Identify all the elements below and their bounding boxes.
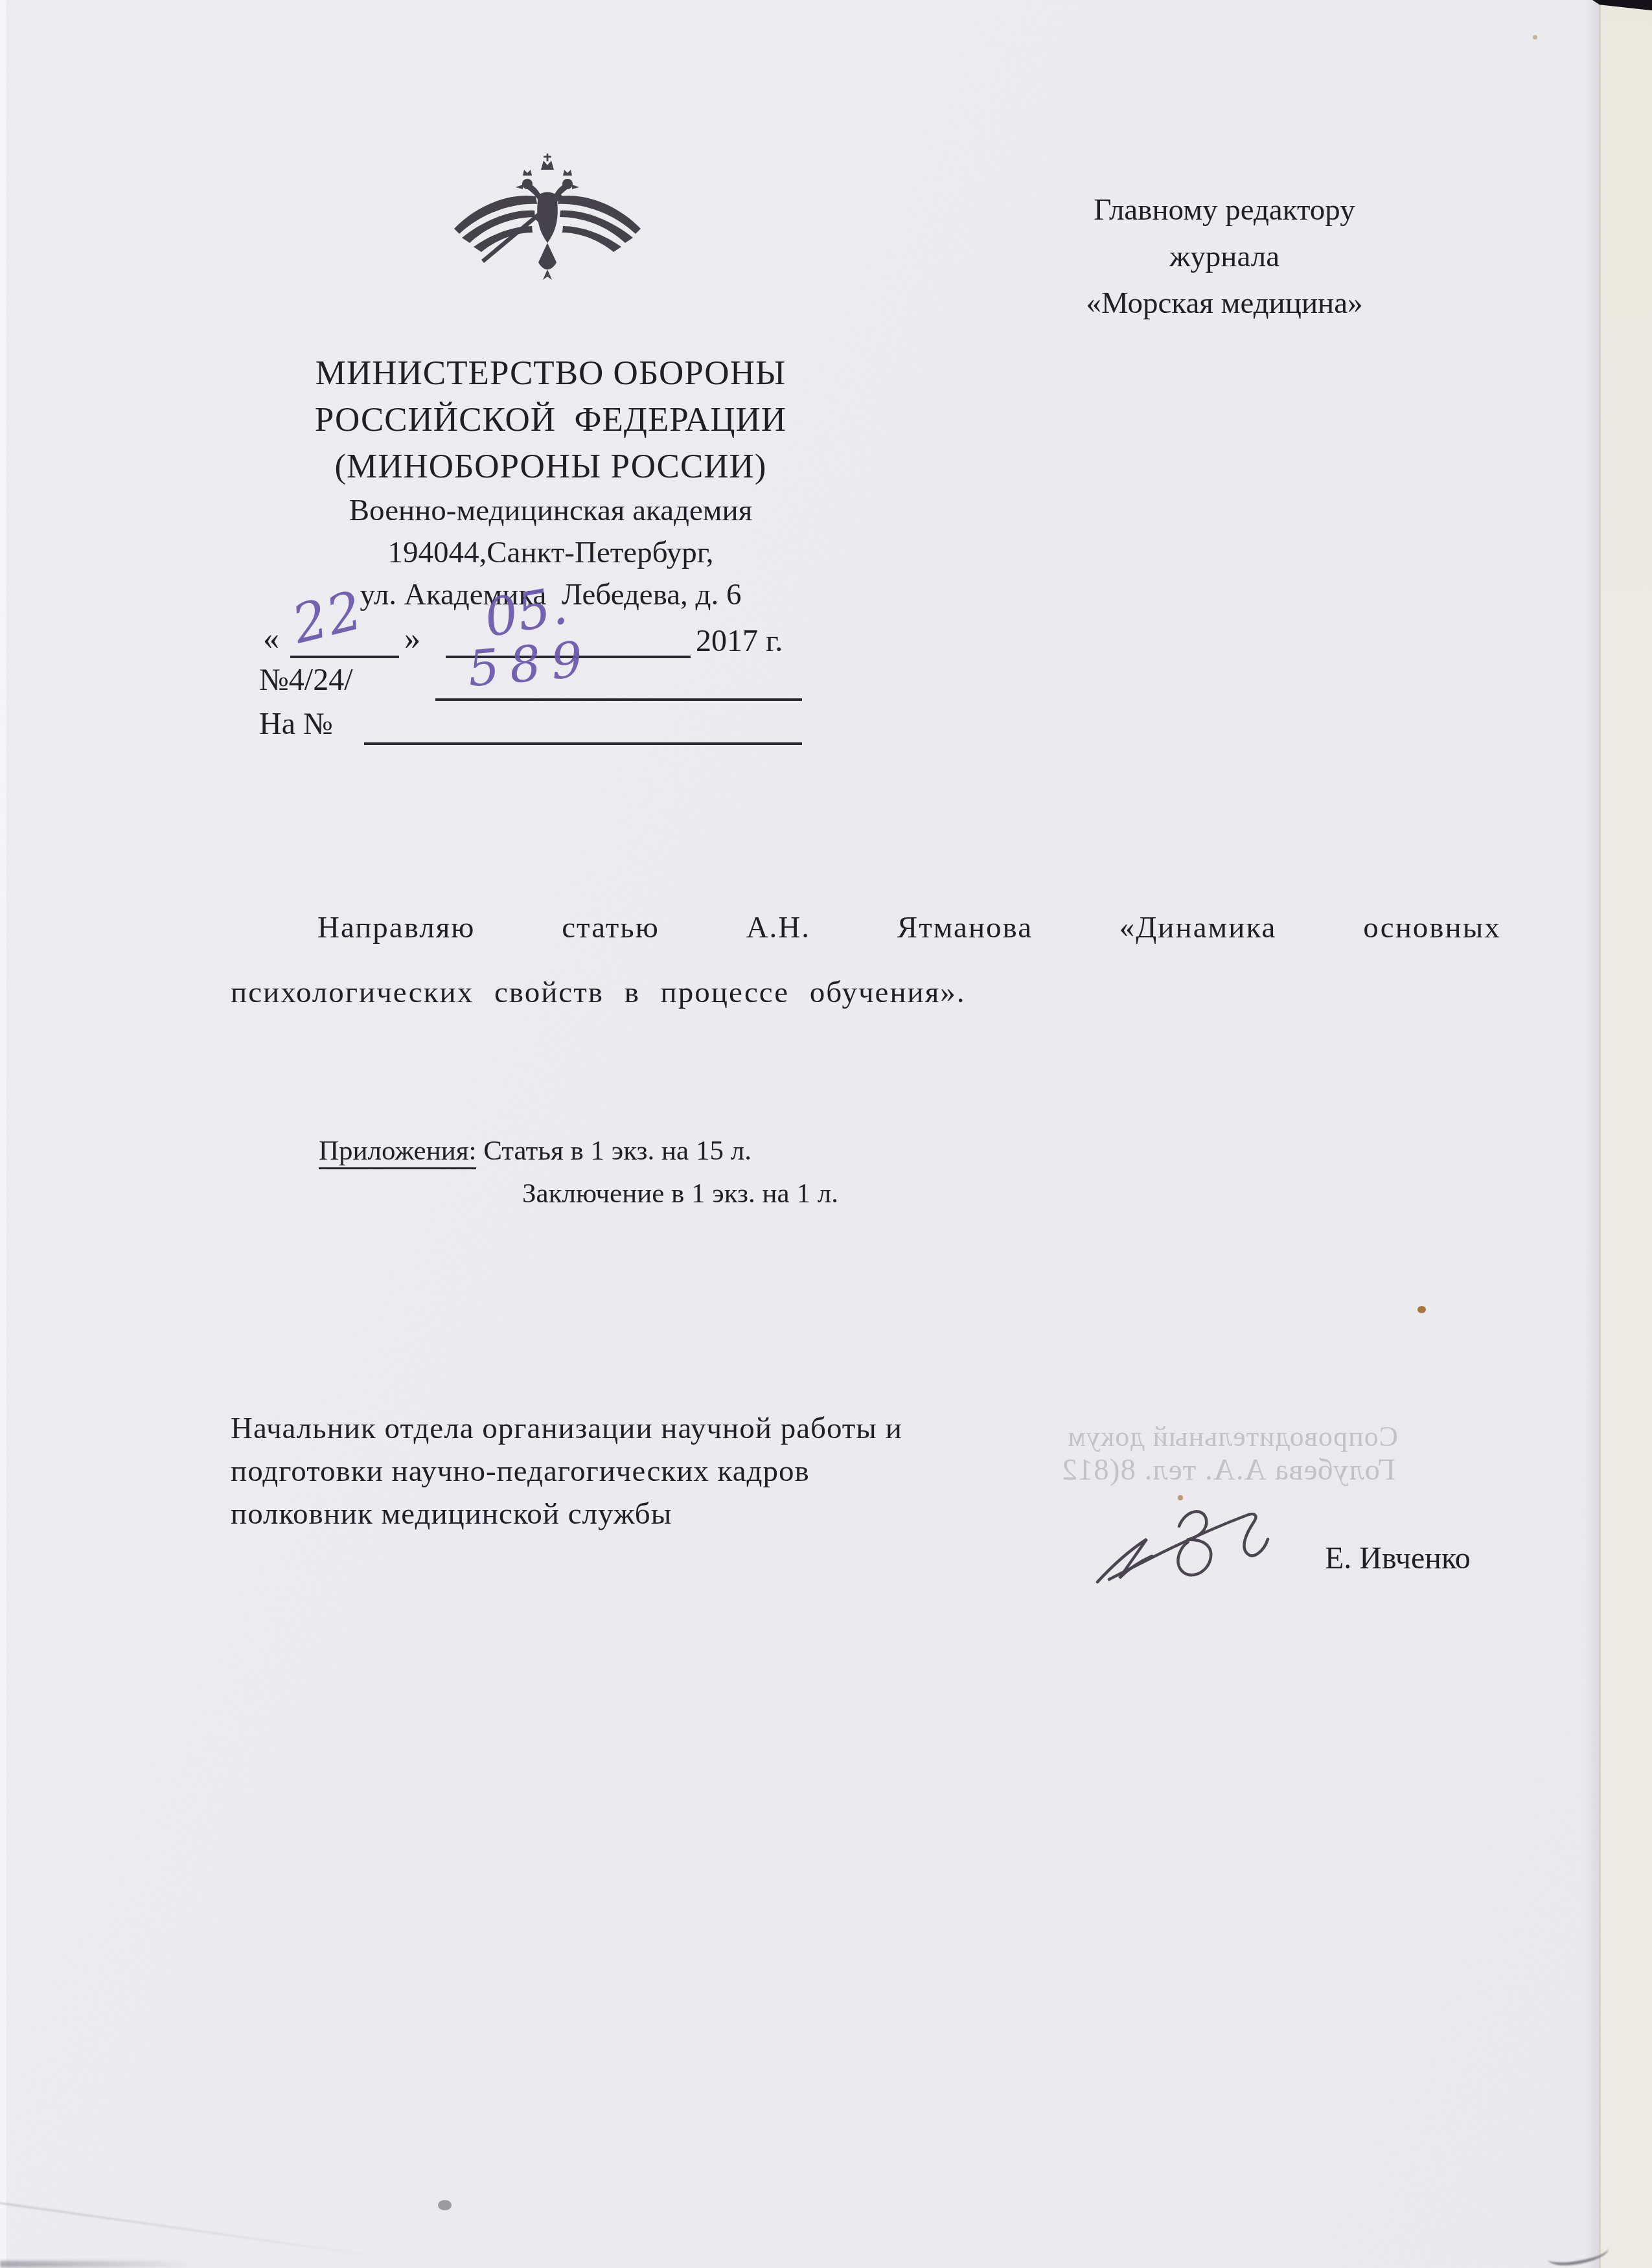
left-edge-highlight <box>0 0 6 2268</box>
reply-number-label: На № <box>259 706 333 742</box>
date-open-quote: « <box>263 619 279 657</box>
paper-speck <box>1417 1306 1426 1313</box>
scanner-background-strip <box>1599 0 1652 2268</box>
signature-title-line1: Начальник отдела организации научной раб… <box>231 1407 902 1450</box>
reply-number-blank <box>364 706 802 745</box>
org-academy-line: Военно-медицинская академия <box>227 490 875 532</box>
org-name-line3: (МИНОБОРОНЫ РОССИИ) <box>227 443 875 490</box>
date-close-quote: » <box>404 619 420 657</box>
bottom-edge-shadow <box>0 2261 194 2267</box>
org-name-line1: МИНИСТЕРСТВО ОБОРОНЫ <box>227 350 875 396</box>
outgoing-number-prefix: №4/24/ <box>259 662 352 698</box>
attachments-line1: Приложения: Статья в 1 экз. на 15 л. <box>319 1135 751 1167</box>
org-name-line2: РОССИЙСКОЙ ФЕДЕРАЦИИ <box>227 396 875 443</box>
recipient-line2: журнала <box>1011 233 1438 280</box>
paper-speck <box>438 2200 452 2210</box>
paper-crease <box>0 2201 387 2258</box>
mod-double-eagle-emblem-icon <box>450 152 645 288</box>
attachments-item2: Заключение в 1 экз. на 1 л. <box>522 1178 838 1209</box>
signature-title-line2: подготовки научно-педагогических кадров <box>231 1450 902 1493</box>
recipient-line3: «Морская медицина» <box>1011 280 1438 326</box>
paper-texture <box>0 0 1652 2268</box>
paper-speck <box>1178 1495 1183 1500</box>
body-paragraph-line2: психологических свойств в процессе обуче… <box>231 975 966 1010</box>
signer-name: Е. Ивченко <box>1325 1541 1471 1576</box>
attachments-item1: Статья в 1 экз. на 15 л. <box>483 1136 751 1166</box>
handwritten-number: 589 <box>465 630 595 698</box>
body-paragraph-line1: Направляю статью А.Н. Ятманова «Динамика… <box>317 910 1501 945</box>
paper-speck <box>1533 35 1537 40</box>
signature-scribble <box>1088 1503 1309 1600</box>
bleedthrough-line1: Сопроводительный докум <box>1055 1420 1398 1453</box>
recipient-line1: Главному редактору <box>1011 187 1438 233</box>
scanned-letter-page: Главному редактору журнала «Морская меди… <box>0 0 1652 2268</box>
signature-title-block: Начальник отдела организации научной раб… <box>231 1407 902 1535</box>
attachments-label: Приложения: <box>319 1136 476 1169</box>
org-postcode-line: 194044,Санкт-Петербург, <box>227 532 875 574</box>
paper-edge-shadow <box>1585 0 1599 2268</box>
signature-title-line3: полковник медицинской службы <box>231 1493 902 1535</box>
date-year: 2017 г. <box>696 623 783 659</box>
bleedthrough-line2: Голубева А.А. тел. 8(812 <box>1035 1452 1395 1487</box>
recipient-block: Главному редактору журнала «Морская меди… <box>1011 187 1438 326</box>
